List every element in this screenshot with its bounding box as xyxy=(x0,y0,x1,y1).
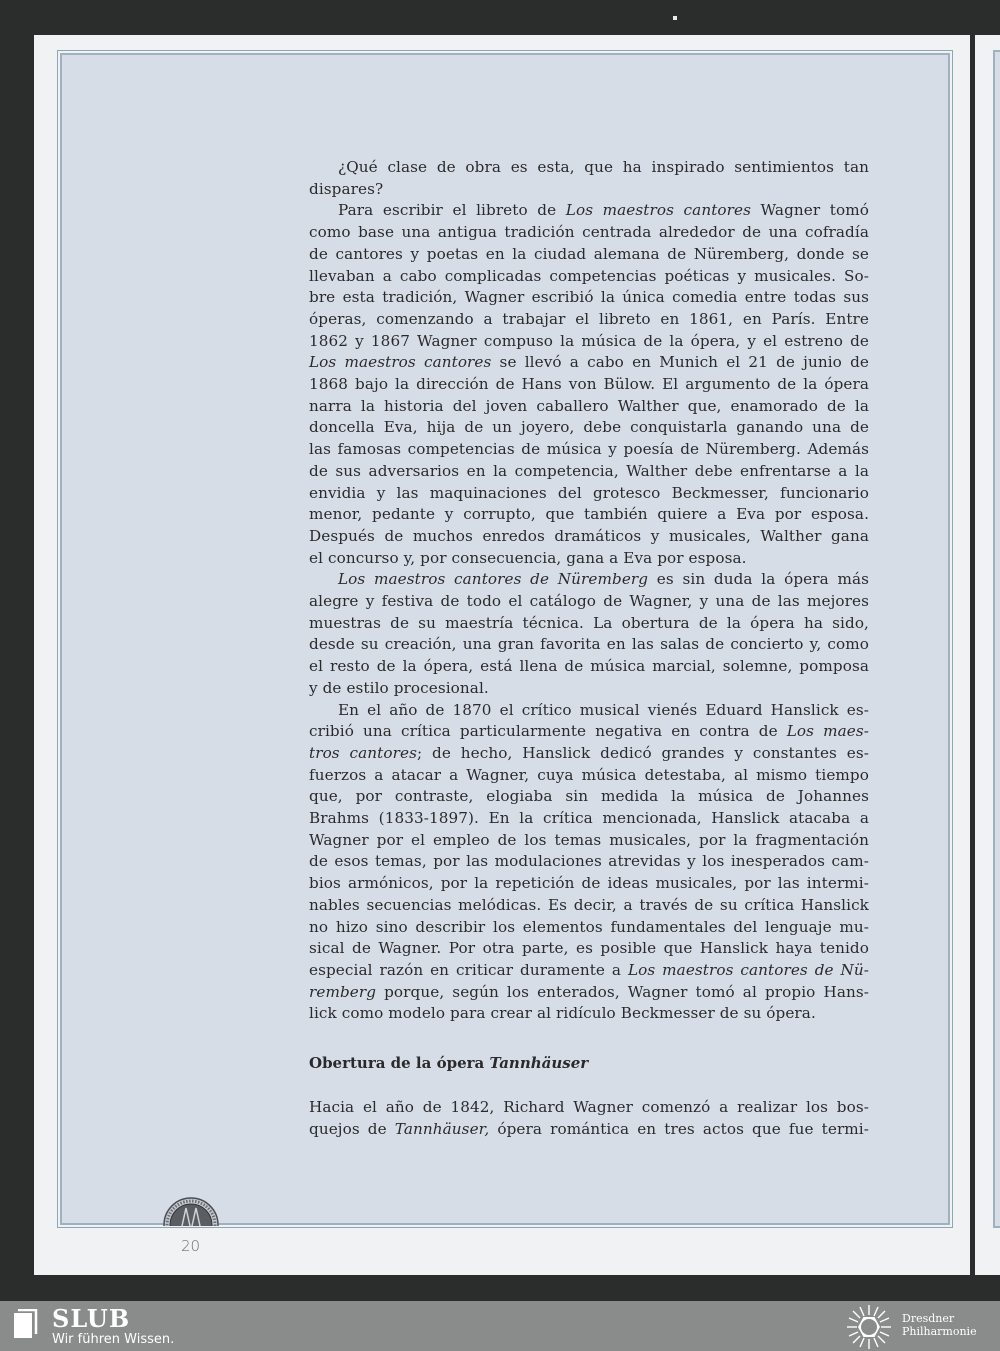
text-line: Brahms (1833-1897). En la crítica mencio… xyxy=(309,808,869,830)
text-segment: En el año de 1870 el crítico musical vie… xyxy=(338,701,869,719)
text-line: cribió una crítica particularmente negat… xyxy=(309,721,869,743)
text-segment: las famosas competencias de música y poe… xyxy=(309,440,869,458)
text-segment: bre esta tradición, Wagner escribió la ú… xyxy=(309,288,869,306)
text-segment: porque, según los enterados, Wagner tomó… xyxy=(376,983,869,1001)
text-segment: Después de muchos enredos dramáticos y m… xyxy=(309,527,869,545)
text-segment: el concurso y, por consecuencia, gana a … xyxy=(309,549,747,567)
italic-title: Los maestros cantores xyxy=(566,201,751,219)
text-line: Los maestros cantores se llevó a cabo en… xyxy=(309,352,869,374)
text-segment: quejos de xyxy=(309,1120,395,1138)
text-line: bios armónicos, por la repetición de ide… xyxy=(309,873,869,895)
text-line: el concurso y, por consecuencia, gana a … xyxy=(309,548,869,570)
seal-icon xyxy=(162,1196,220,1226)
scan-speck xyxy=(673,16,677,20)
text-segment: Wagner tomó xyxy=(751,201,869,219)
adjacent-page-frame xyxy=(993,50,1000,1228)
italic-title: Los maestros cantores xyxy=(309,353,491,371)
section-heading: Obertura de la ópera Tannhäuser xyxy=(309,1054,588,1072)
text-line: especial razón en criticar duramente a L… xyxy=(309,960,869,982)
text-segment: muestras de su maestría técnica. La ober… xyxy=(309,614,869,632)
text-line: muestras de su maestría técnica. La ober… xyxy=(309,613,869,635)
text-line: En el año de 1870 el crítico musical vie… xyxy=(309,700,869,722)
text-segment: óperas, comenzando a trabajar el libreto… xyxy=(309,310,869,328)
page-number: 20 xyxy=(181,1237,200,1255)
text-segment: como base una antigua tradición centrada… xyxy=(309,223,869,241)
text-segment: y de estilo procesional. xyxy=(309,679,489,697)
footer-bar: SLUB Wir führen Wissen. Dresdner Philhar… xyxy=(0,1301,1000,1351)
text-segment: que, por contraste, elogiaba sin medida … xyxy=(309,787,869,805)
italic-title: Los maestros cantores de Nü- xyxy=(628,961,869,979)
text-line: remberg porque, según los enterados, Wag… xyxy=(309,982,869,1004)
text-segment: especial razón en criticar duramente a xyxy=(309,961,628,979)
text-line: Después de muchos enredos dramáticos y m… xyxy=(309,526,869,548)
seal-logo xyxy=(162,1196,220,1226)
text-segment: de esos temas, por las modulaciones atre… xyxy=(309,852,869,870)
text-line: el resto de la ópera, está llena de músi… xyxy=(309,656,869,678)
text-line: quejos de Tannhäuser, ópera romántica en… xyxy=(309,1119,869,1141)
text-segment: 1868 bajo la dirección de Hans von Bülow… xyxy=(309,375,869,393)
text-line: dispares? xyxy=(309,179,869,201)
text-line: doncella Eva, hija de un joyero, debe co… xyxy=(309,417,869,439)
text-segment: fuerzos a atacar a Wagner, cuya música d… xyxy=(309,766,869,784)
text-line: óperas, comenzando a trabajar el libreto… xyxy=(309,309,869,331)
text-segment: doncella Eva, hija de un joyero, debe co… xyxy=(309,418,869,436)
text-line: de cantores y poetas en la ciudad aleman… xyxy=(309,244,869,266)
text-line: no hizo sino describir los elementos fun… xyxy=(309,917,869,939)
text-segment: nables secuencias melódicas. Es decir, a… xyxy=(309,896,869,914)
text-line: Los maestros cantores de Nüremberg es si… xyxy=(309,569,869,591)
text-line: las famosas competencias de música y poe… xyxy=(309,439,869,461)
text-segment: cribió una crítica particularmente negat… xyxy=(309,722,787,740)
text-line: alegre y festiva de todo el catálogo de … xyxy=(309,591,869,613)
text-segment: Hacia el año de 1842, Richard Wagner com… xyxy=(309,1098,869,1116)
text-line: 1862 y 1867 Wagner compuso la música de … xyxy=(309,331,869,353)
text-segment: Wagner por el empleo de los temas musica… xyxy=(309,831,869,849)
text-line: 1868 bajo la dirección de Hans von Bülow… xyxy=(309,374,869,396)
text-line: y de estilo procesional. xyxy=(309,678,869,700)
text-line: envidia y las maquinaciones del grotesco… xyxy=(309,483,869,505)
text-line: tros cantores; de hecho, Hanslick dedicó… xyxy=(309,743,869,765)
text-segment: el resto de la ópera, está llena de músi… xyxy=(309,657,869,675)
text-segment: desde su creación, una gran favorita en … xyxy=(309,635,869,653)
text-line: de sus adversarios en la competencia, Wa… xyxy=(309,461,869,483)
text-line: que, por contraste, elogiaba sin medida … xyxy=(309,786,869,808)
text-line: Para escribir el libreto de Los maestros… xyxy=(309,200,869,222)
text-segment: dispares? xyxy=(309,180,383,198)
text-segment: se llevó a cabo en Munich el 21 de junio… xyxy=(491,353,869,371)
section-heading-title: Tannhäuser xyxy=(489,1054,588,1072)
text-segment: llevaban a cabo complicadas competencias… xyxy=(309,267,869,285)
text-line: llevaban a cabo complicadas competencias… xyxy=(309,266,869,288)
text-segment: 1862 y 1867 Wagner compuso la música de … xyxy=(309,332,869,350)
text-line: menor, pedante y corrupto, que también q… xyxy=(309,504,869,526)
text-segment: narra la historia del joven caballero Wa… xyxy=(309,397,869,415)
text-segment: de sus adversarios en la competencia, Wa… xyxy=(309,462,869,480)
slub-tagline: Wir führen Wissen. xyxy=(52,1332,174,1347)
text-segment: envidia y las maquinaciones del grotesco… xyxy=(309,484,869,502)
italic-title: Tannhäuser, xyxy=(395,1120,489,1138)
slub-book-icon xyxy=(12,1309,40,1339)
text-segment: ; de hecho, Hanslick dedicó grandes y co… xyxy=(417,744,869,762)
text-line: narra la historia del joven caballero Wa… xyxy=(309,396,869,418)
italic-title: Los maestros cantores de Nüremberg xyxy=(338,570,648,588)
text-line: desde su creación, una gran favorita en … xyxy=(309,634,869,656)
text-segment: Brahms (1833-1897). En la crítica mencio… xyxy=(309,809,869,827)
italic-title: tros cantores xyxy=(309,744,417,762)
text-segment: bios armónicos, por la repetición de ide… xyxy=(309,874,869,892)
philharmonie-sun-icon xyxy=(845,1304,893,1350)
italic-title: Los maes- xyxy=(787,722,869,740)
text-line: ¿Qué clase de obra es esta, que ha inspi… xyxy=(309,157,869,179)
adjacent-page xyxy=(975,35,1000,1275)
text-segment: lick como modelo para crear al ridículo … xyxy=(309,1004,816,1022)
text-line: como base una antigua tradición centrada… xyxy=(309,222,869,244)
text-line: de esos temas, por las modulaciones atre… xyxy=(309,851,869,873)
text-line: lick como modelo para crear al ridículo … xyxy=(309,1003,869,1025)
text-segment: ópera romántica en tres actos que fue te… xyxy=(489,1120,869,1138)
text-segment: sical de Wagner. Por otra parte, es posi… xyxy=(309,939,869,957)
text-line: nables secuencias melódicas. Es decir, a… xyxy=(309,895,869,917)
philharmonie-logo-text: Dresdner Philharmonie xyxy=(902,1312,977,1338)
text-line: fuerzos a atacar a Wagner, cuya música d… xyxy=(309,765,869,787)
text-segment: alegre y festiva de todo el catálogo de … xyxy=(309,592,869,610)
text-line: Wagner por el empleo de los temas musica… xyxy=(309,830,869,852)
text-segment: no hizo sino describir los elementos fun… xyxy=(309,918,869,936)
text-segment: Para escribir el libreto de xyxy=(338,201,566,219)
italic-title: remberg xyxy=(309,983,376,1001)
section-heading-text: Obertura de la ópera xyxy=(309,1054,489,1072)
text-line: Hacia el año de 1842, Richard Wagner com… xyxy=(309,1097,869,1119)
text-segment: ¿Qué clase de obra es esta, que ha inspi… xyxy=(338,158,869,176)
text-segment: menor, pedante y corrupto, que también q… xyxy=(309,505,869,523)
text-segment: es sin duda la ópera más xyxy=(648,570,869,588)
slub-logo-text: SLUB xyxy=(52,1304,130,1333)
text-segment: de cantores y poetas en la ciudad aleman… xyxy=(309,245,869,263)
text-line: sical de Wagner. Por otra parte, es posi… xyxy=(309,938,869,960)
text-line: bre esta tradición, Wagner escribió la ú… xyxy=(309,287,869,309)
